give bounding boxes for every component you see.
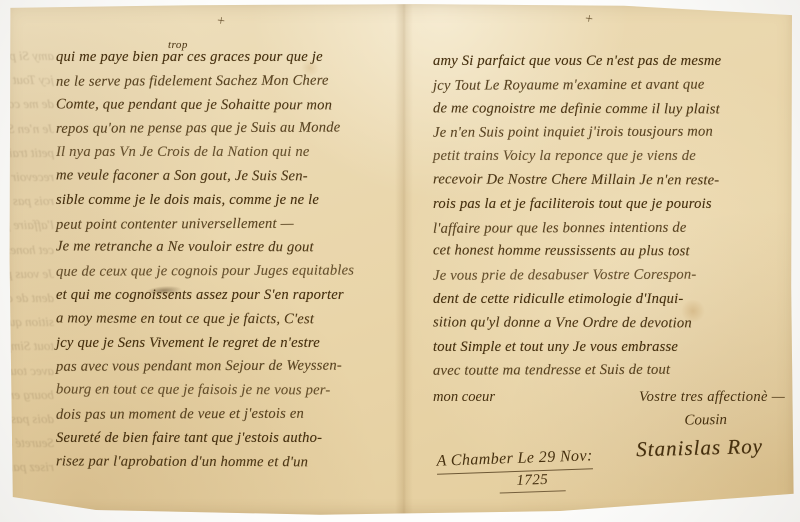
- manuscript-line: Il nya pas Vn Je Crois de la Nation qui …: [56, 141, 406, 165]
- left-page-text: qui me paye bien par ces graces pour que…: [56, 46, 406, 474]
- manuscript-line: Seureté de bien faire tant que j'estois …: [56, 427, 406, 451]
- manuscript-line: Comte, que pendant que je Sohaitte pour …: [56, 93, 406, 118]
- closing-left: mon coeur: [433, 385, 495, 409]
- photo-background: amy Si parfaict que vous Ce n'est pas de…: [0, 0, 800, 522]
- manuscript-line: repos qu'on ne pense pas que je Suis au …: [56, 117, 406, 142]
- manuscript-line: dois pas un moment de veue et j'estois e…: [56, 402, 406, 427]
- manuscript-line: Je me retranche a Ne vouloir estre du go…: [56, 236, 406, 261]
- manuscript-line: et qui me cognoissents assez pour S'en r…: [56, 284, 406, 308]
- manuscript-line: jcy que je Sens Vivement le regret de n'…: [56, 332, 406, 356]
- manuscript-line: peut point contenter universellement —: [56, 212, 406, 237]
- manuscript-line: me veule faconer a Son gout, Je Suis Sen…: [56, 164, 406, 189]
- manuscript-line: l'affaire pour que les bonnes intentions…: [433, 216, 785, 241]
- manuscript-line: qui me paye bien par ces graces pour que…: [56, 46, 406, 70]
- letter-sheet: amy Si parfaict que vous Ce n'est pas de…: [0, 0, 800, 522]
- manuscript-line: recevoir De Nostre Chere Millain Je n'en…: [433, 168, 785, 193]
- manuscript-line: de me cognoistre me definie comme il luy…: [433, 97, 785, 122]
- manuscript-line: jcy Tout Le Royaume m'examine et avant q…: [433, 73, 785, 98]
- manuscript-line: bourg en tout ce que je faisois je ne vo…: [56, 379, 406, 404]
- manuscript-line: a moy mesme en tout ce que je faicts, C'…: [56, 307, 406, 332]
- manuscript-line: Je n'en Suis point inquiet j'irois tousj…: [433, 121, 785, 146]
- interlinear-insertion: trop: [168, 34, 188, 58]
- manuscript-line: avec toutte ma tendresse et Suis de tout: [433, 359, 785, 384]
- manuscript-line: pas avec vous pendant mon Sejour de Weys…: [56, 355, 406, 380]
- manuscript-line: tout Simple et tout uny Je vous embrasse: [433, 336, 785, 360]
- manuscript-line: Je vous prie de desabuser Vostre Corespo…: [433, 263, 785, 288]
- dateline-place: A Chamber Le 29 Nov:: [436, 447, 593, 474]
- manuscript-line: amy Si parfaict que vous Ce n'est pas de…: [433, 50, 785, 74]
- manuscript-line: ne le serve pas fidelement Sachez Mon Ch…: [56, 69, 406, 94]
- manuscript-line: dent de cette ridiculle etimologie d'Inq…: [433, 288, 785, 312]
- manuscript-line: sition qu'yl donne a Vne Ordre de devoti…: [433, 311, 785, 336]
- closing-row: mon coeur Vostre tres affectionè —: [433, 385, 785, 409]
- dateline-year: 1725: [499, 471, 566, 493]
- ink-bleed-through: amy Si parfaict que vous Ce n'est pas de…: [6, 44, 54, 488]
- devotional-cross-mark-left: +: [215, 13, 227, 30]
- right-page-text: amy Si parfaict que vous Ce n'est pas de…: [433, 50, 785, 465]
- manuscript-line: cet honest homme reussissents au plus to…: [433, 240, 785, 265]
- manuscript-line: petit trains Voicy la reponce que je vie…: [433, 145, 785, 169]
- manuscript-line: que de ceux que je cognois pour Juges eq…: [56, 259, 406, 284]
- manuscript-line: rois pas la et je faciliterois tout que …: [433, 193, 785, 217]
- manuscript-line: sible comme je le dois mais, comme je ne…: [56, 189, 406, 213]
- devotional-cross-mark-right: +: [583, 11, 595, 28]
- manuscript-line: risez par l'aprobation d'un homme et d'u…: [56, 450, 406, 475]
- dateline: A Chamber Le 29 Nov: 1725: [436, 447, 594, 495]
